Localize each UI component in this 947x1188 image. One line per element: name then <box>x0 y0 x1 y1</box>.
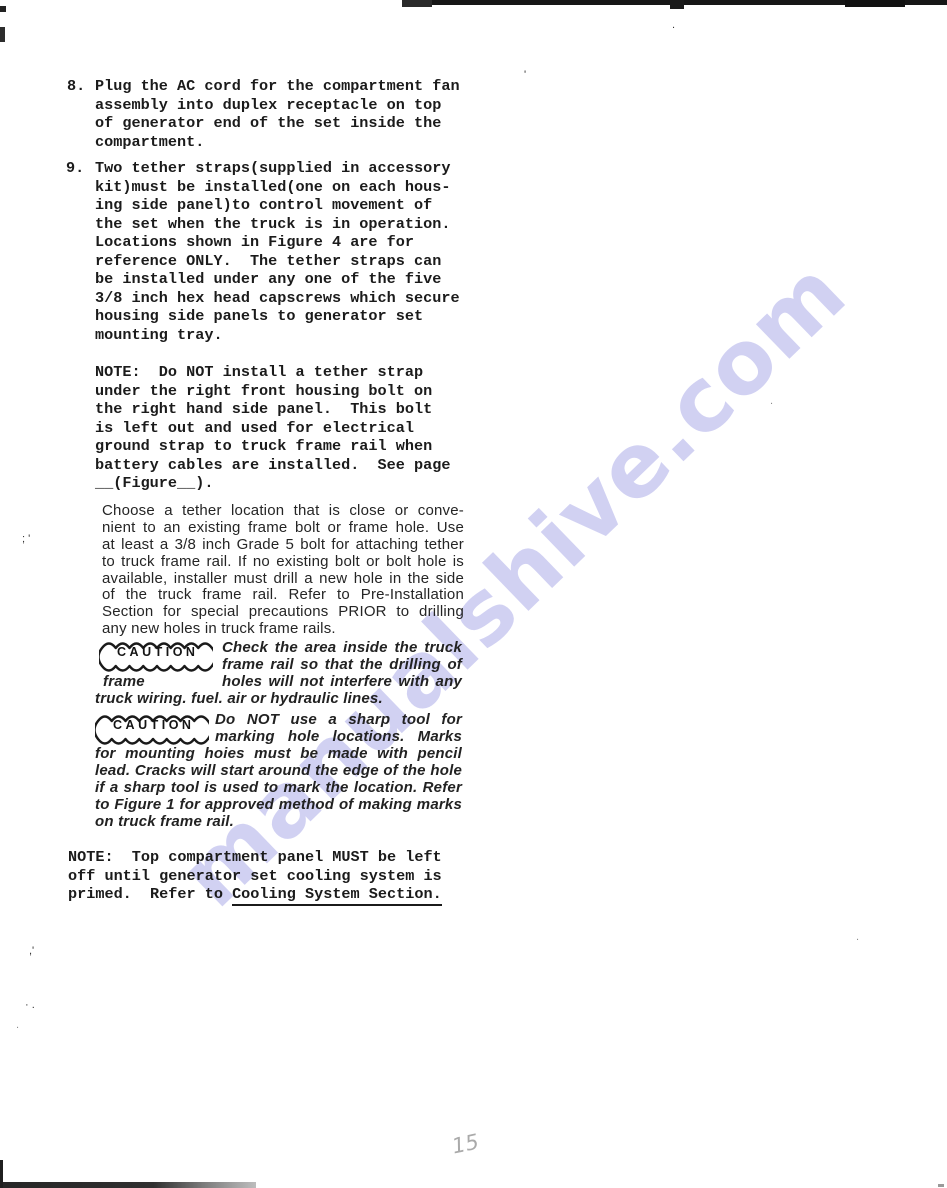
text-line: Check the area inside the truck <box>222 640 462 657</box>
note-tether-strap: NOTE: Do NOT install a tether strap unde… <box>95 363 450 493</box>
scan-speck: . <box>856 932 859 942</box>
text-line: on truck frame rail. <box>95 814 462 831</box>
text-line: of generator end of the set inside the <box>95 114 460 133</box>
text-line: available, installer must drill a new ho… <box>102 571 464 588</box>
caution-1-stray-word: frame <box>103 674 145 691</box>
text-line: ing side panel)to control movement of <box>95 196 460 215</box>
text-line: housing side panels to generator set <box>95 307 460 326</box>
caution-box-2: CAUTION <box>95 711 209 747</box>
text-line: under the right front housing bolt on <box>95 382 450 401</box>
text-line: nient to an existing frame bolt or frame… <box>102 520 464 537</box>
text-line: to truck frame rail. If no existing bolt… <box>102 554 464 571</box>
text-line: Do NOT use a sharp tool for <box>215 712 462 729</box>
text-line: 3/8 inch hex head capscrews which secure <box>95 289 460 308</box>
text-line: kit)must be installed(one on each hous- <box>95 178 460 197</box>
text-segment: primed. Refer to <box>68 885 232 903</box>
caution-label: CAUTION <box>99 645 213 659</box>
text-line: NOTE: Top compartment panel MUST be left <box>68 848 442 867</box>
text-line: marking hole locations. Marks <box>215 729 462 746</box>
scan-artifact-corner-mark <box>0 6 6 12</box>
caution-2-full-text: for mounting hoies must be made with pen… <box>95 746 462 830</box>
scan-artifact-top-bar-tip <box>402 0 432 7</box>
scan-artifact-corner-mark <box>0 1160 3 1188</box>
tether-location-paragraph: Choose a tether location that is close o… <box>102 503 464 638</box>
text-line: for mounting hoies must be made with pen… <box>95 746 462 763</box>
caution-2-side-text: Do NOT use a sharp tool for marking hole… <box>215 712 462 746</box>
text-line: Two tether straps(supplied in accessory <box>95 159 460 178</box>
text-line: frame rail so that the drilling of <box>222 657 462 674</box>
text-line: Choose a tether location that is close o… <box>102 503 464 520</box>
text-line: to Figure 1 for approved method of makin… <box>95 797 462 814</box>
scan-speck: ; ' <box>22 534 30 544</box>
cooling-system-section-reference: Cooling System Section. <box>232 885 442 906</box>
text-line: truck wiring. fuel. air or hydraulic lin… <box>95 691 383 708</box>
list-item-8: Plug the AC cord for the compartment fan… <box>95 77 460 151</box>
text-line: assembly into duplex receptacle on top <box>95 96 460 115</box>
text-line: the right hand side panel. This bolt <box>95 400 450 419</box>
text-line: __(Figure__). <box>95 474 450 493</box>
caution-box-1: CAUTION <box>99 638 213 674</box>
scan-artifact-top-notch <box>845 0 905 7</box>
text-line: Locations shown in Figure 4 are for <box>95 233 460 252</box>
list-item-9-number: 9. <box>66 159 84 178</box>
text-line: compartment. <box>95 133 460 152</box>
text-line: off until generator set cooling system i… <box>68 867 442 886</box>
text-line: at least a 3/8 inch Grade 5 bolt for att… <box>102 537 464 554</box>
scan-speck: ' <box>524 70 526 80</box>
scan-artifact-top-notch <box>670 0 684 9</box>
text-line: any new holes in truck frame rails. <box>102 621 464 638</box>
scan-speck: . <box>672 20 675 30</box>
text-line: Plug the AC cord for the compartment fan <box>95 77 460 96</box>
text-line: holes will not interfere with any <box>222 674 462 691</box>
scan-artifact-bottom-bar <box>0 1182 256 1188</box>
scan-artifact-corner-mark <box>938 1184 944 1187</box>
scan-speck: · . <box>25 1000 35 1010</box>
scan-speck: ,' <box>29 946 34 956</box>
text-line: frame <box>103 674 145 691</box>
text-line: mounting tray. <box>95 326 460 345</box>
text-line: NOTE: Do NOT install a tether strap <box>95 363 450 382</box>
caution-1-side-text: Check the area inside the truck frame ra… <box>222 640 462 691</box>
text-line: Section for special precautions PRIOR to… <box>102 604 464 621</box>
text-line: lead. Cracks will start around the edge … <box>95 763 462 780</box>
scan-artifact-corner-mark <box>0 27 5 42</box>
text-line: reference ONLY. The tether straps can <box>95 252 460 271</box>
text-line: of the truck frame rail. Refer to Pre-In… <box>102 587 464 604</box>
manual-page: manualshive.com ' . ; ' . . ,' · . . 8. … <box>0 0 947 1188</box>
page-number: 15 <box>450 1129 481 1158</box>
note-cooling-system: NOTE: Top compartment panel MUST be left… <box>68 848 442 904</box>
text-line: primed. Refer to Cooling System Section. <box>68 885 442 904</box>
text-line: is left out and used for electrical <box>95 419 450 438</box>
text-line: be installed under any one of the five <box>95 270 460 289</box>
list-item-9: Two tether straps(supplied in accessory … <box>95 159 460 344</box>
text-line: ground strap to truck frame rail when <box>95 437 450 456</box>
text-line: if a sharp tool is used to mark the loca… <box>95 780 462 797</box>
scan-speck: . <box>16 1020 19 1030</box>
list-item-8-number: 8. <box>67 77 85 96</box>
text-line: the set when the truck is in operation. <box>95 215 460 234</box>
text-line: battery cables are installed. See page <box>95 456 450 475</box>
caution-1-full-line: truck wiring. fuel. air or hydraulic lin… <box>95 691 383 708</box>
caution-label: CAUTION <box>95 718 209 732</box>
